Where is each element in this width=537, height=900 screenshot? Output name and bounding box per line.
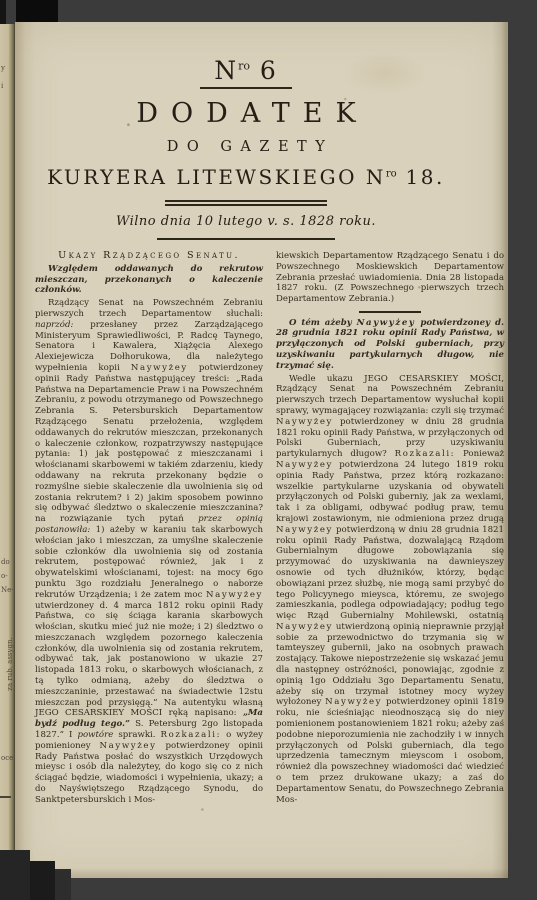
article-columns: Ukazy Rządzącego Senatu. Względem oddawa… [35, 251, 504, 806]
binding-spine-bottom [0, 850, 30, 900]
binding-edge [0, 0, 6, 26]
photo-background: y i do o- Ne- za rub. assygn. ocen Nro 6… [0, 0, 537, 900]
double-rule [165, 200, 327, 206]
dateline-rule [157, 238, 335, 241]
margin-fragment: y [1, 64, 5, 72]
binding-spine-bottom [55, 869, 71, 900]
gazette-page: Nro 6 DODATEK DO GAZETY KURYERA LITEWSKI… [15, 22, 508, 878]
section-divider-rule [359, 311, 421, 313]
series-title: KURYERA LITEWSKIEGO [47, 165, 357, 189]
article-continuation: kiewskich Departamentow Rządzącego Senat… [276, 251, 504, 305]
dateline: Wilno dnia 10 lutego v. s. 1828 roku. [15, 214, 477, 229]
article-body: Wedle ukazu JEGO CESARSKIEY MOŚCI, Rządz… [276, 374, 504, 806]
article-subject: O tém ażeby Naywyżey potwierdzoney d. 28… [276, 318, 504, 372]
binding-spine-bottom [30, 861, 55, 900]
issue-number: Nro 6 [15, 56, 477, 85]
series-issue-number: 18. [406, 165, 445, 189]
masthead-series-line: KURYERA LITEWSKIEGO Nro 18. [15, 165, 477, 189]
margin-rotated-note: za rub. assygn. [6, 636, 14, 692]
series-issue-prefix: N [366, 165, 386, 189]
section-heading: Ukazy Rządzącego Senatu. [35, 251, 263, 262]
page-title: DODATEK [15, 98, 477, 129]
right-column: kiewskich Departamentow Rządzącego Senat… [276, 251, 504, 806]
article-body: Rządzący Senat na Powszechném Zebraniu p… [35, 298, 263, 805]
masthead: Nro 6 DODATEK DO GAZETY KURYERA LITEWSKI… [15, 56, 477, 240]
issue-value: 6 [260, 56, 278, 85]
series-issue-superscript: ro [386, 168, 397, 179]
issue-prefix: N [214, 56, 238, 85]
margin-fragment: Ne- [1, 586, 14, 594]
margin-fragment: o- [1, 572, 8, 580]
margin-rule [0, 796, 11, 798]
series-issue: Nro 18. [366, 165, 445, 189]
margin-fragment: do [1, 558, 10, 566]
adjacent-page-edge: y i do o- Ne- za rub. assygn. ocen [0, 24, 15, 855]
issue-superscript: ro [238, 60, 250, 73]
margin-fragment: i [1, 82, 3, 90]
issue-rule [200, 87, 292, 89]
masthead-subtitle: DO GAZETY [15, 139, 477, 155]
left-column: Ukazy Rządzącego Senatu. Względem oddawa… [35, 251, 263, 806]
article-subject: Względem oddawanych do rekrutow mieszcza… [35, 264, 263, 296]
